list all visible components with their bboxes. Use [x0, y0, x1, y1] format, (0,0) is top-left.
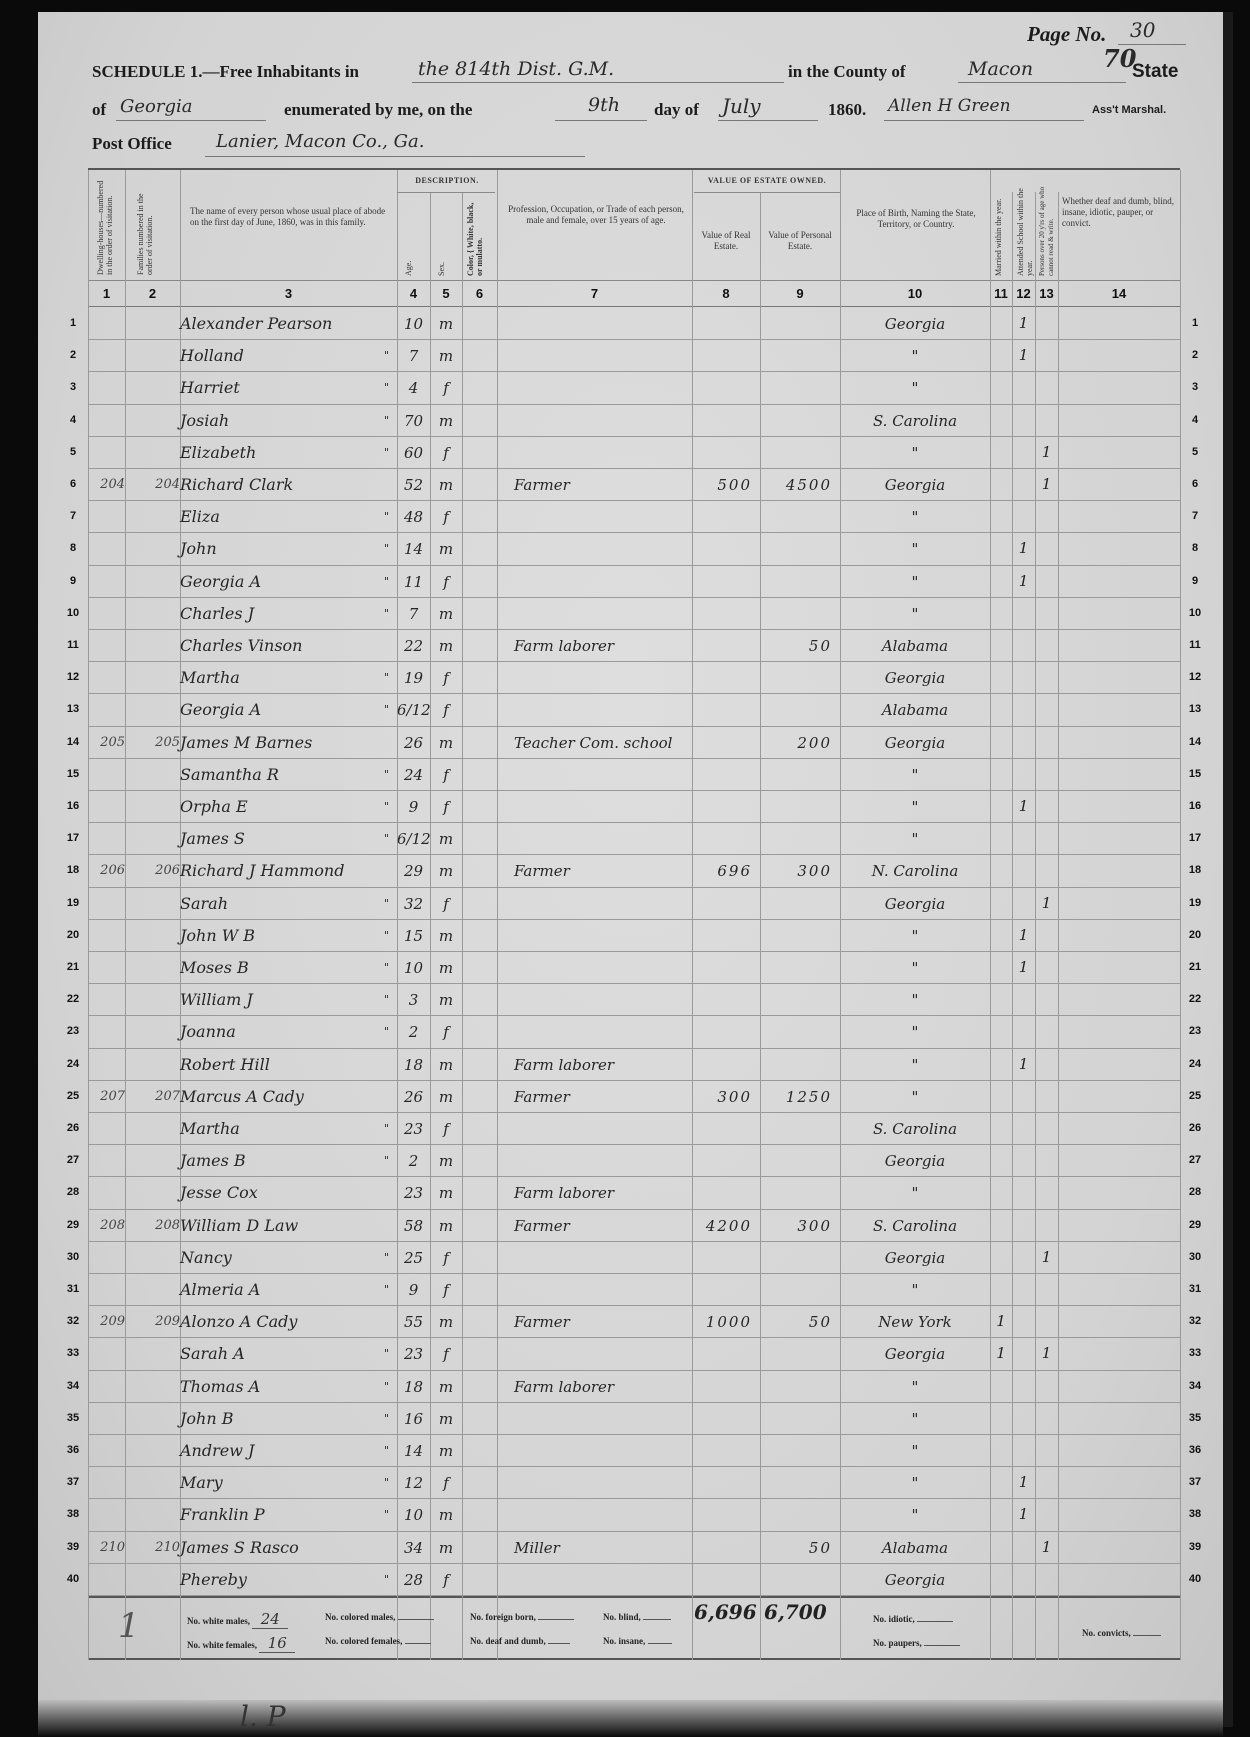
line-number-left: 20 [62, 929, 84, 941]
line-number-left: 2 [62, 349, 84, 361]
column-number: 10 [840, 286, 990, 301]
cell-illiterate: 1 [1035, 1344, 1058, 1362]
line-number-left: 27 [62, 1154, 84, 1166]
cell-name: Franklin P [180, 1505, 358, 1525]
county-line [958, 82, 1126, 83]
col14-header: Whether deaf and dumb, blind, insane, id… [1062, 196, 1178, 229]
deaf-dumb-field: No. deaf and dumb, [470, 1636, 570, 1646]
cell-sex: f [430, 507, 462, 527]
cell-married: 1 [990, 1312, 1012, 1330]
cell-age: 15 [397, 926, 430, 946]
cell-personal: 200 [760, 733, 838, 753]
cell-name: Sarah A [180, 1344, 358, 1364]
cell-age: 6/12 [397, 829, 430, 849]
cell-school: 1 [1012, 926, 1035, 944]
line-number-right: 17 [1184, 832, 1206, 844]
line-number-left: 26 [62, 1122, 84, 1134]
foreign-born-field: No. foreign born, [470, 1612, 574, 1622]
line-number-right: 7 [1184, 510, 1206, 522]
line-number-left: 18 [62, 864, 84, 876]
line-number-left: 14 [62, 736, 84, 748]
row-rule [88, 822, 1180, 823]
cell-ditto: " [358, 958, 395, 978]
cell-personal: 1250 [760, 1087, 838, 1107]
cell-occupation: Farm laborer [500, 1377, 690, 1397]
marshal-label: Ass't Marshal. [1092, 104, 1166, 116]
cell-occupation: Teacher Com. school [500, 733, 690, 753]
cell-name: Harriet [180, 378, 358, 398]
line-number-right: 10 [1184, 607, 1206, 619]
cell-ditto: " [358, 1280, 395, 1300]
line-number-right: 30 [1184, 1251, 1206, 1263]
column-number: 12 [1012, 286, 1035, 301]
cell-birthplace: Georgia [842, 314, 988, 334]
line-number-right: 4 [1184, 414, 1206, 426]
foreign-born-value [538, 1619, 574, 1620]
row-rule [88, 1337, 1180, 1338]
cell-name: Alonzo A Cady [180, 1312, 358, 1332]
column-divider [990, 170, 991, 1660]
cell-name: Josiah [180, 411, 358, 431]
col4-header: Age. [404, 248, 416, 276]
cell-age: 16 [397, 1409, 430, 1429]
cell-real: 1000 [694, 1312, 758, 1332]
line-number-left: 15 [62, 768, 84, 780]
cell-sex: f [430, 1022, 462, 1042]
cell-occupation: Miller [500, 1538, 690, 1558]
cell-ditto: " [358, 797, 395, 817]
cell-birthplace: N. Carolina [842, 861, 988, 881]
row-rule [88, 1241, 1180, 1242]
column-number: 5 [430, 286, 462, 301]
cell-sex: m [430, 1055, 462, 1075]
row-rule [88, 1402, 1180, 1403]
cell-personal: 300 [760, 1216, 838, 1236]
estate-group-header: Value of Estate Owned. [694, 175, 840, 186]
line-number-right: 38 [1184, 1508, 1206, 1520]
cell-sex: m [430, 539, 462, 559]
line-number-left: 28 [62, 1186, 84, 1198]
row-rule [88, 629, 1180, 630]
cell-birthplace: " [842, 1377, 988, 1397]
colored-females-label: No. colored females, [325, 1636, 402, 1646]
cell-birthplace: " [842, 829, 988, 849]
cell-name: Andrew J [180, 1441, 358, 1461]
row-rule [88, 436, 1180, 437]
cell-school: 1 [1012, 1505, 1035, 1523]
cell-real: 4200 [694, 1216, 758, 1236]
cell-ditto: " [358, 1022, 395, 1042]
idiotic-value [917, 1621, 953, 1622]
cell-birthplace: Alabama [842, 636, 988, 656]
line-number-left: 30 [62, 1251, 84, 1263]
line-number-left: 7 [62, 510, 84, 522]
cell-ditto: " [358, 1409, 395, 1429]
column-number: 11 [990, 286, 1012, 301]
line-number-left: 9 [62, 575, 84, 587]
insane-value [648, 1643, 672, 1644]
line-number-right: 12 [1184, 671, 1206, 683]
cell-name: Moses B [180, 958, 358, 978]
cell-sex: f [430, 443, 462, 463]
cell-age: 9 [397, 1280, 430, 1300]
cell-sex: m [430, 1216, 462, 1236]
blind-label: No. blind, [603, 1612, 641, 1622]
cell-birthplace: Georgia [842, 668, 988, 688]
col10-header: Place of Birth, Naming the State, Territ… [845, 208, 987, 230]
deaf-dumb-label: No. deaf and dumb, [470, 1636, 546, 1646]
row-rule [88, 1015, 1180, 1016]
column-divider [88, 170, 89, 1660]
table-body-bottom [88, 1596, 1180, 1598]
cell-name: Thomas A [180, 1377, 358, 1397]
white-females-label: No. white females, [187, 1640, 257, 1650]
cell-age: 10 [397, 1505, 430, 1525]
cell-name: Samantha R [180, 765, 358, 785]
row-rule [88, 983, 1180, 984]
row-rule [88, 887, 1180, 888]
line-number-right: 8 [1184, 542, 1206, 554]
cell-ditto: " [358, 1119, 395, 1139]
cell-ditto: " [358, 926, 395, 946]
row-rule [88, 1531, 1180, 1532]
day-line [555, 120, 647, 121]
white-females-field: No. white females, 16 [187, 1634, 295, 1653]
cell-birthplace: Georgia [842, 475, 988, 495]
cell-age: 52 [397, 475, 430, 495]
column-number: 1 [88, 286, 125, 301]
cell-age: 23 [397, 1344, 430, 1364]
column-divider [1035, 192, 1036, 1660]
cell-occupation: Farmer [500, 1312, 690, 1332]
cell-sex: f [430, 378, 462, 398]
line-number-left: 17 [62, 832, 84, 844]
cell-age: 6/12 [397, 700, 430, 720]
day-value: 9th [588, 94, 620, 116]
marshal-line [884, 120, 1084, 121]
cell-name: Elizabeth [180, 443, 358, 463]
cell-age: 18 [397, 1055, 430, 1075]
row-rule [88, 1305, 1180, 1306]
cell-age: 19 [397, 668, 430, 688]
of-label: of [92, 100, 106, 120]
cell-school: 1 [1012, 346, 1035, 364]
cell-age: 22 [397, 636, 430, 656]
cell-real: 696 [694, 861, 758, 881]
cell-age: 70 [397, 411, 430, 431]
cell-birthplace: " [842, 1441, 988, 1461]
row-rule [88, 500, 1180, 501]
cell-name: Martha [180, 668, 358, 688]
line-number-right: 16 [1184, 800, 1206, 812]
cell-age: 3 [397, 990, 430, 1010]
cell-sex: f [430, 1344, 462, 1364]
colored-females-field: No. colored females, [325, 1636, 431, 1646]
cell-age: 48 [397, 507, 430, 527]
row-rule [88, 339, 1180, 340]
cell-ditto: " [358, 1344, 395, 1364]
white-males-field: No. white males, 24 [187, 1610, 288, 1629]
cell-illiterate: 1 [1035, 1538, 1058, 1556]
column-divider [125, 170, 126, 1660]
cell-name: Jesse Cox [180, 1183, 358, 1203]
line-number-right: 36 [1184, 1444, 1206, 1456]
white-females-value: 16 [259, 1634, 295, 1653]
cell-school: 1 [1012, 572, 1035, 590]
row-rule [88, 951, 1180, 952]
line-number-left: 40 [62, 1573, 84, 1585]
cell-ditto: " [358, 829, 395, 849]
line-number-left: 36 [62, 1444, 84, 1456]
cell-age: 58 [397, 1216, 430, 1236]
cell-birthplace: " [842, 443, 988, 463]
cell-name: James M Barnes [180, 733, 358, 753]
page-number: 30 [1130, 18, 1155, 42]
cell-sex: m [430, 926, 462, 946]
line-number-right: 33 [1184, 1347, 1206, 1359]
cell-occupation: Farmer [500, 1087, 690, 1107]
paupers-field: No. paupers, [873, 1638, 960, 1648]
table-bottom-rule [88, 1658, 1180, 1660]
line-number-left: 21 [62, 961, 84, 973]
row-rule [88, 1595, 1180, 1596]
day-of-label: day of [654, 100, 699, 120]
cell-age: 23 [397, 1119, 430, 1139]
cell-personal: 300 [760, 861, 838, 881]
cell-ditto: " [358, 1441, 395, 1461]
convicts-value [1133, 1635, 1161, 1636]
state-value: Georgia [120, 96, 192, 117]
cell-birthplace: Georgia [842, 1151, 988, 1171]
cell-occupation: Farm laborer [500, 1055, 690, 1075]
cell-ditto: " [358, 1151, 395, 1171]
idiotic-label: No. idiotic, [873, 1614, 915, 1624]
line-number-right: 5 [1184, 446, 1206, 458]
line-number-right: 35 [1184, 1412, 1206, 1424]
cell-family: 208 [125, 1216, 180, 1236]
cell-birthplace: New York [842, 1312, 988, 1332]
cell-sex: f [430, 894, 462, 914]
row-rule [88, 1498, 1180, 1499]
cell-occupation: Farm laborer [500, 636, 690, 656]
cell-family: 209 [125, 1312, 180, 1332]
page-number-label: Page No. [1027, 22, 1106, 47]
line-number-left: 37 [62, 1476, 84, 1488]
cell-sex: m [430, 475, 462, 495]
colored-males-value [398, 1619, 434, 1620]
line-number-left: 22 [62, 993, 84, 1005]
col13-header: Persons over 20 y'rs of age who cannot r… [1038, 176, 1056, 276]
row-rule [88, 565, 1180, 566]
cell-age: 29 [397, 861, 430, 881]
cell-name: Georgia A [180, 700, 358, 720]
cell-age: 26 [397, 1087, 430, 1107]
cell-ditto: " [358, 990, 395, 1010]
cell-age: 7 [397, 604, 430, 624]
cell-ditto: " [358, 604, 395, 624]
row-rule [88, 661, 1180, 662]
cell-name: Eliza [180, 507, 358, 527]
paupers-label: No. paupers, [873, 1638, 922, 1648]
cell-name: Charles Vinson [180, 636, 358, 656]
cell-name: Sarah [180, 894, 358, 914]
column-number: 13 [1035, 286, 1058, 301]
cell-family: 205 [125, 733, 180, 753]
cell-name: Robert Hill [180, 1055, 358, 1075]
cell-name: John [180, 539, 358, 559]
cell-personal: 50 [760, 636, 838, 656]
line-number-right: 31 [1184, 1283, 1206, 1295]
post-office-label: Post Office [92, 134, 172, 154]
cell-dwelling: 210 [88, 1538, 125, 1558]
line-number-left: 6 [62, 478, 84, 490]
cell-birthplace: " [842, 990, 988, 1010]
cell-personal: 50 [760, 1538, 838, 1558]
cell-age: 55 [397, 1312, 430, 1332]
cell-occupation: Farm laborer [500, 1183, 690, 1203]
district-value: the 814th Dist. G.M. [418, 58, 614, 80]
cell-birthplace: S. Carolina [842, 1119, 988, 1139]
line-number-right: 2 [1184, 349, 1206, 361]
cell-birthplace: " [842, 1409, 988, 1429]
cell-birthplace: " [842, 539, 988, 559]
col3-header: The name of every person whose usual pla… [190, 206, 390, 228]
cell-ditto: " [358, 443, 395, 463]
white-males-label: No. white males, [187, 1616, 250, 1626]
cell-occupation: Farmer [500, 1216, 690, 1236]
cell-birthplace: Georgia [842, 1570, 988, 1590]
cell-sex: f [430, 1280, 462, 1300]
row-rule [88, 758, 1180, 759]
row-rule [88, 1176, 1180, 1177]
cell-sex: m [430, 733, 462, 753]
footer-margin-mark: 1 [118, 1606, 140, 1646]
enumerated-label: enumerated by me, on the [284, 100, 472, 120]
cell-birthplace: " [842, 1505, 988, 1525]
cell-birthplace: Alabama [842, 700, 988, 720]
district-line [412, 82, 784, 83]
cell-name: Nancy [180, 1248, 358, 1268]
line-number-right: 22 [1184, 993, 1206, 1005]
cell-age: 23 [397, 1183, 430, 1203]
cell-age: 34 [397, 1538, 430, 1558]
cell-dwelling: 205 [88, 733, 125, 753]
cell-school: 1 [1012, 314, 1035, 332]
cell-name: Charles J [180, 604, 358, 624]
line-number-left: 38 [62, 1508, 84, 1520]
line-number-left: 24 [62, 1058, 84, 1070]
cell-sex: f [430, 1248, 462, 1268]
cell-sex: m [430, 604, 462, 624]
col11-header: Married within the year. [994, 176, 1010, 276]
cell-sex: f [430, 572, 462, 592]
cell-sex: m [430, 990, 462, 1010]
county-label: in the County of [788, 62, 906, 82]
cell-occupation: Farmer [500, 475, 690, 495]
cell-birthplace: Georgia [842, 1248, 988, 1268]
cell-ditto: " [358, 346, 395, 366]
schedule-title: SCHEDULE 1.—Free Inhabitants in [92, 62, 359, 82]
line-number-left: 16 [62, 800, 84, 812]
state-line [116, 120, 266, 121]
col9-header: Value of Personal Estate. [763, 230, 837, 252]
line-number-right: 18 [1184, 864, 1206, 876]
line-number-left: 31 [62, 1283, 84, 1295]
row-rule [88, 371, 1180, 372]
cell-sex: m [430, 636, 462, 656]
cell-family: 206 [125, 861, 180, 881]
line-number-right: 29 [1184, 1219, 1206, 1231]
cell-occupation: Farmer [500, 861, 690, 881]
line-number-right: 19 [1184, 897, 1206, 909]
line-number-right: 40 [1184, 1573, 1206, 1585]
cell-dwelling: 207 [88, 1087, 125, 1107]
cell-name: William J [180, 990, 358, 1010]
cell-birthplace: " [842, 765, 988, 785]
cell-birthplace: " [842, 1280, 988, 1300]
cell-school: 1 [1012, 539, 1035, 557]
line-number-right: 24 [1184, 1058, 1206, 1070]
cell-sex: m [430, 346, 462, 366]
convicts-label: No. convicts, [1082, 1628, 1131, 1638]
row-rule [88, 532, 1180, 533]
line-number-right: 32 [1184, 1315, 1206, 1327]
cell-age: 14 [397, 1441, 430, 1461]
cell-ditto: " [358, 765, 395, 785]
cell-personal: 50 [760, 1312, 838, 1332]
deaf-dumb-value [548, 1643, 570, 1644]
row-rule [88, 1209, 1180, 1210]
month-value: July [722, 94, 761, 118]
cell-name: Orpha E [180, 797, 358, 817]
cell-name: Georgia A [180, 572, 358, 592]
line-number-right: 26 [1184, 1122, 1206, 1134]
cell-age: 18 [397, 1377, 430, 1397]
cell-ditto: " [358, 411, 395, 431]
column-divider [840, 170, 841, 1660]
cell-name: Marcus A Cady [180, 1087, 358, 1107]
insane-label: No. insane, [603, 1636, 645, 1646]
cell-name: Alexander Pearson [180, 314, 358, 334]
line-number-right: 28 [1184, 1186, 1206, 1198]
line-number-right: 6 [1184, 478, 1206, 490]
line-number-right: 9 [1184, 575, 1206, 587]
cell-illiterate: 1 [1035, 1248, 1058, 1266]
insane-field: No. insane, [603, 1636, 672, 1646]
state-label: State [1132, 61, 1178, 83]
cell-sex: m [430, 1183, 462, 1203]
foreign-born-label: No. foreign born, [470, 1612, 536, 1622]
cell-age: 14 [397, 539, 430, 559]
post-office-value: Lanier, Macon Co., Ga. [216, 131, 424, 152]
col6-header: Color, { White, black, or mulatto. [466, 196, 494, 276]
table-header-bottom [88, 280, 1180, 281]
month-line [718, 120, 818, 121]
cell-name: John B [180, 1409, 358, 1429]
cell-age: 10 [397, 958, 430, 978]
cell-illiterate: 1 [1035, 894, 1058, 912]
col5-header: Sex. [437, 248, 449, 276]
row-rule [88, 597, 1180, 598]
cell-birthplace: Georgia [842, 733, 988, 753]
line-number-left: 11 [62, 639, 84, 651]
line-number-left: 23 [62, 1025, 84, 1037]
cell-age: 7 [397, 346, 430, 366]
cell-birthplace: " [842, 346, 988, 366]
line-number-left: 25 [62, 1090, 84, 1102]
cell-dwelling: 208 [88, 1216, 125, 1236]
cell-birthplace: " [842, 1183, 988, 1203]
